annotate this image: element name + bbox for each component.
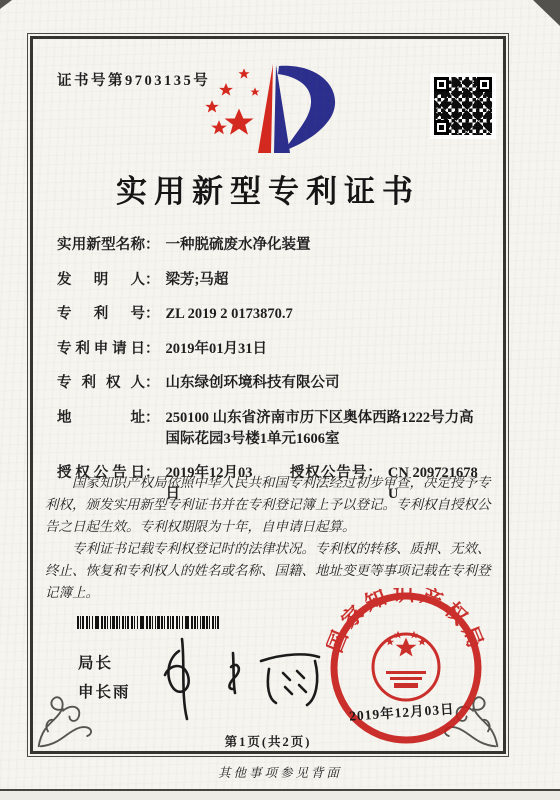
certificate-title: 实用新型专利证书: [33, 166, 503, 211]
qr-finder-icon: [434, 120, 449, 135]
field-label: 专利权人: [57, 373, 145, 394]
photo-corner-artifact: [0, 0, 12, 9]
field-row-address: 地址： 250100 山东省济南市历下区奥体西路1222号力高国际花园3号楼1单…: [57, 408, 485, 450]
field-row-patentee: 专利权人： 山东绿创环境科技有限公司: [57, 373, 485, 394]
handwritten-signature-icon: [149, 629, 334, 727]
qr-finder-icon: [434, 77, 449, 92]
field-label: 实用新型名称: [57, 235, 145, 256]
field-colon: ：: [145, 408, 160, 450]
field-label: 专利号: [57, 304, 145, 325]
field-colon: ：: [145, 304, 160, 325]
field-row-patent-number: 专利号： ZL 2019 2 0173870.7: [57, 304, 485, 325]
field-row-name: 实用新型名称： 一种脱硫废水净化装置: [57, 235, 485, 256]
legal-paragraph: 国家知识产权局依照中华人民共和国专利法经过初步审查，决定授予专利权，颁发实用新型…: [45, 472, 491, 538]
photo-corner-artifact: [533, 0, 560, 26]
patent-p-logo-icon: [199, 59, 351, 161]
field-colon: ：: [145, 235, 160, 256]
field-row-inventor: 发明人： 梁芳;马超: [57, 270, 485, 291]
field-value: ZL 2019 2 0173870.7: [166, 304, 486, 325]
barcode-icon: [77, 616, 219, 629]
qr-code-icon: [430, 73, 496, 139]
field-colon: ：: [145, 339, 160, 360]
legal-text: 国家知识产权局依照中华人民共和国专利法经过初步审查，决定授予专利权，颁发实用新型…: [45, 472, 491, 604]
field-value: 梁芳;马超: [166, 270, 486, 291]
qr-pattern: [434, 77, 492, 135]
national-emblem-icon: [373, 631, 439, 700]
field-label: 专利申请日: [57, 339, 145, 360]
field-label: 地址: [57, 408, 145, 450]
field-value: 一种脱硫废水净化装置: [166, 235, 486, 256]
field-value: 山东绿创环境科技有限公司: [166, 373, 486, 394]
field-row-filing-date: 专利申请日： 2019年01月31日: [57, 339, 485, 360]
field-value: 2019年01月31日: [166, 339, 486, 360]
field-label: 发明人: [57, 270, 145, 291]
certificate-border-frame: 证书号第9703135号: [27, 33, 509, 757]
field-colon: ：: [145, 373, 160, 394]
corner-flourish-icon: [34, 666, 118, 750]
underlying-page-edge: [0, 791, 560, 800]
certificate-number: 证书号第9703135号: [57, 69, 210, 90]
qr-finder-icon: [477, 77, 492, 92]
back-note: 其他事项参见背面: [0, 763, 560, 781]
certificate-inner-border: 证书号第9703135号: [30, 36, 506, 754]
field-colon: ：: [145, 270, 160, 291]
field-value: 250100 山东省济南市历下区奥体西路1222号力高国际花园3号楼1单元160…: [166, 408, 486, 450]
